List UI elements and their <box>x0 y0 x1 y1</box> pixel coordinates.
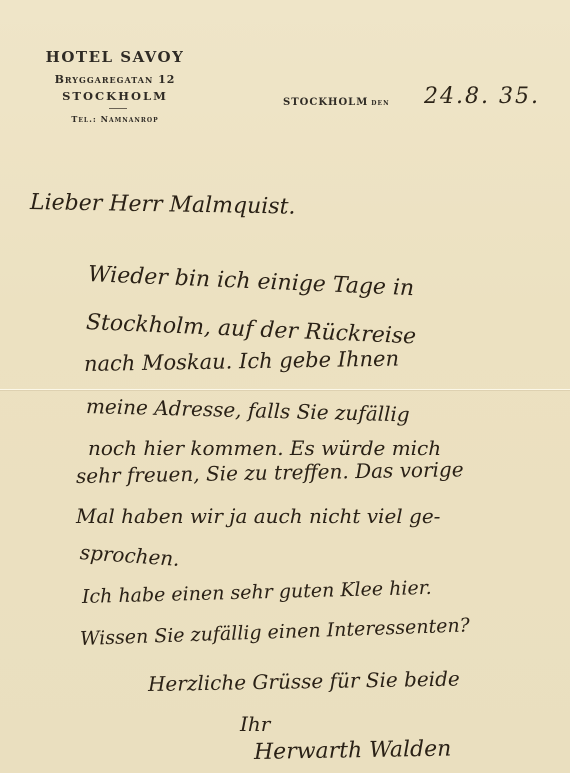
salutation: Lieber Herr Malmquist. <box>30 190 296 220</box>
body-line: Mal haben wir ja auch nicht viel ge- <box>76 504 440 528</box>
letterhead-divider <box>109 108 127 109</box>
handwritten-date: 24.8. 35. <box>424 84 540 109</box>
dateline-den: den <box>371 98 389 108</box>
body-line: noch hier kommen. Es würde mich <box>88 436 441 460</box>
hotel-name: HOTEL SAVOY <box>15 48 215 66</box>
dateline-city: STOCKHOLM <box>283 97 368 108</box>
hotel-street: Bryggaregatan 12 <box>15 73 215 86</box>
hotel-city: STOCKHOLM <box>15 89 215 103</box>
hotel-telephone: Tel.: Namnanrop <box>15 114 215 124</box>
signature: Herwarth Walden <box>254 737 452 765</box>
dateline-place: STOCKHOLMden <box>283 97 390 108</box>
closing-pronoun: Ihr <box>240 712 270 736</box>
paper-fold-line <box>0 389 570 390</box>
